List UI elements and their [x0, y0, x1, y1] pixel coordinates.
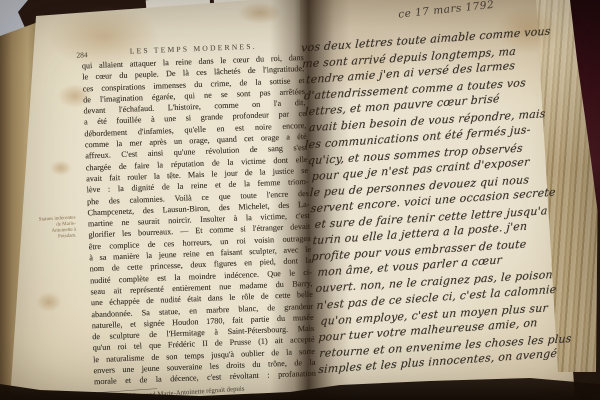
- foxing-spot: [50, 160, 72, 176]
- page-number: 284: [76, 50, 88, 59]
- gutter-shadow: [270, 0, 350, 400]
- margin-note: Statues indécentes de Marie-Antoinette à…: [38, 216, 76, 242]
- book-photo: 284 LES TEMPS MODERNES. qui allaient att…: [0, 0, 600, 400]
- foxing-spot: [36, 292, 62, 312]
